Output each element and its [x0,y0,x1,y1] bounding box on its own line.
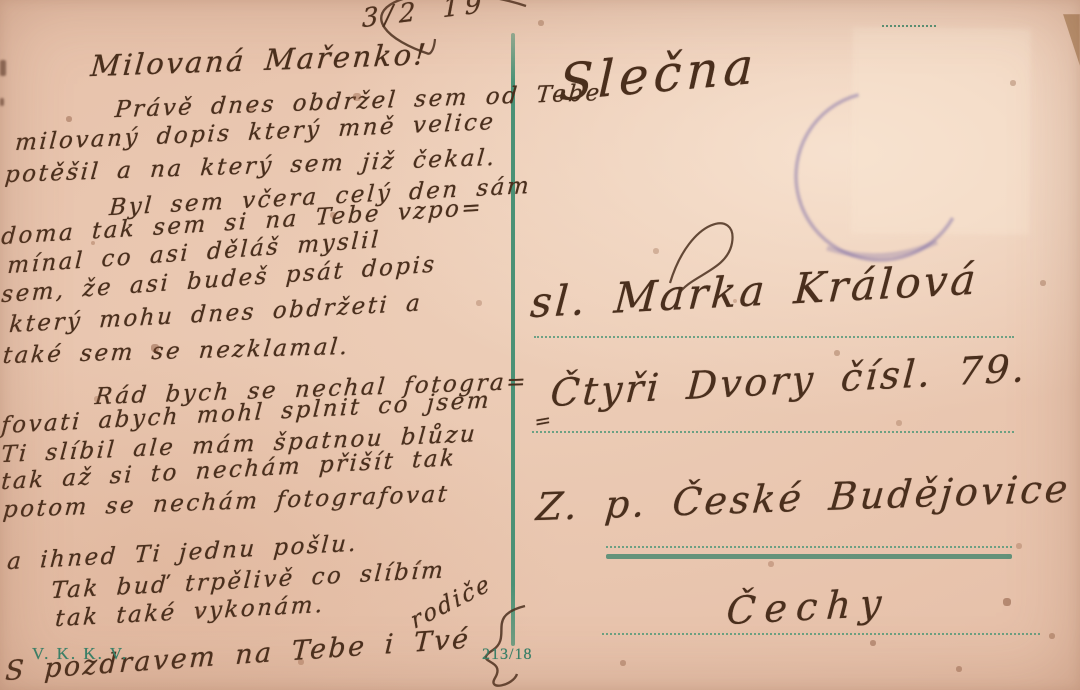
address-underline-solid [606,554,1012,559]
address-ruled-line [532,431,1014,433]
address-ruled-line [602,633,1040,635]
foxing-spots [0,0,2,2]
edge-speck [0,60,6,76]
edge-speck [0,98,4,106]
publisher-mark: V. K. K. V. [32,645,128,662]
address-street: Čtyři Dvory čísl. 79. [549,349,1028,412]
series-number: 213/18 [482,647,532,663]
postmark-circle [782,88,982,273]
address-ruled-line [606,546,1012,548]
torn-corner [1060,14,1080,66]
letter-line: také sem se nezklamal. [2,336,351,368]
divider-line [511,33,515,646]
postcard-scan: 3/2 19 Milovaná Mařenko! Právě dnes obdr… [0,0,1080,690]
address-ruled-line [534,336,1014,338]
address-city: Z. p. České Budějovice [535,469,1072,526]
stamp-perforation-dots [882,25,936,27]
address-title: Slečna [558,41,759,109]
signature-flourish [455,598,545,690]
letter-line: Milovaná Mařenko! [89,40,429,81]
address-region: Čechy [725,583,891,630]
address-recipient: sl. Marka Králová [529,259,980,325]
